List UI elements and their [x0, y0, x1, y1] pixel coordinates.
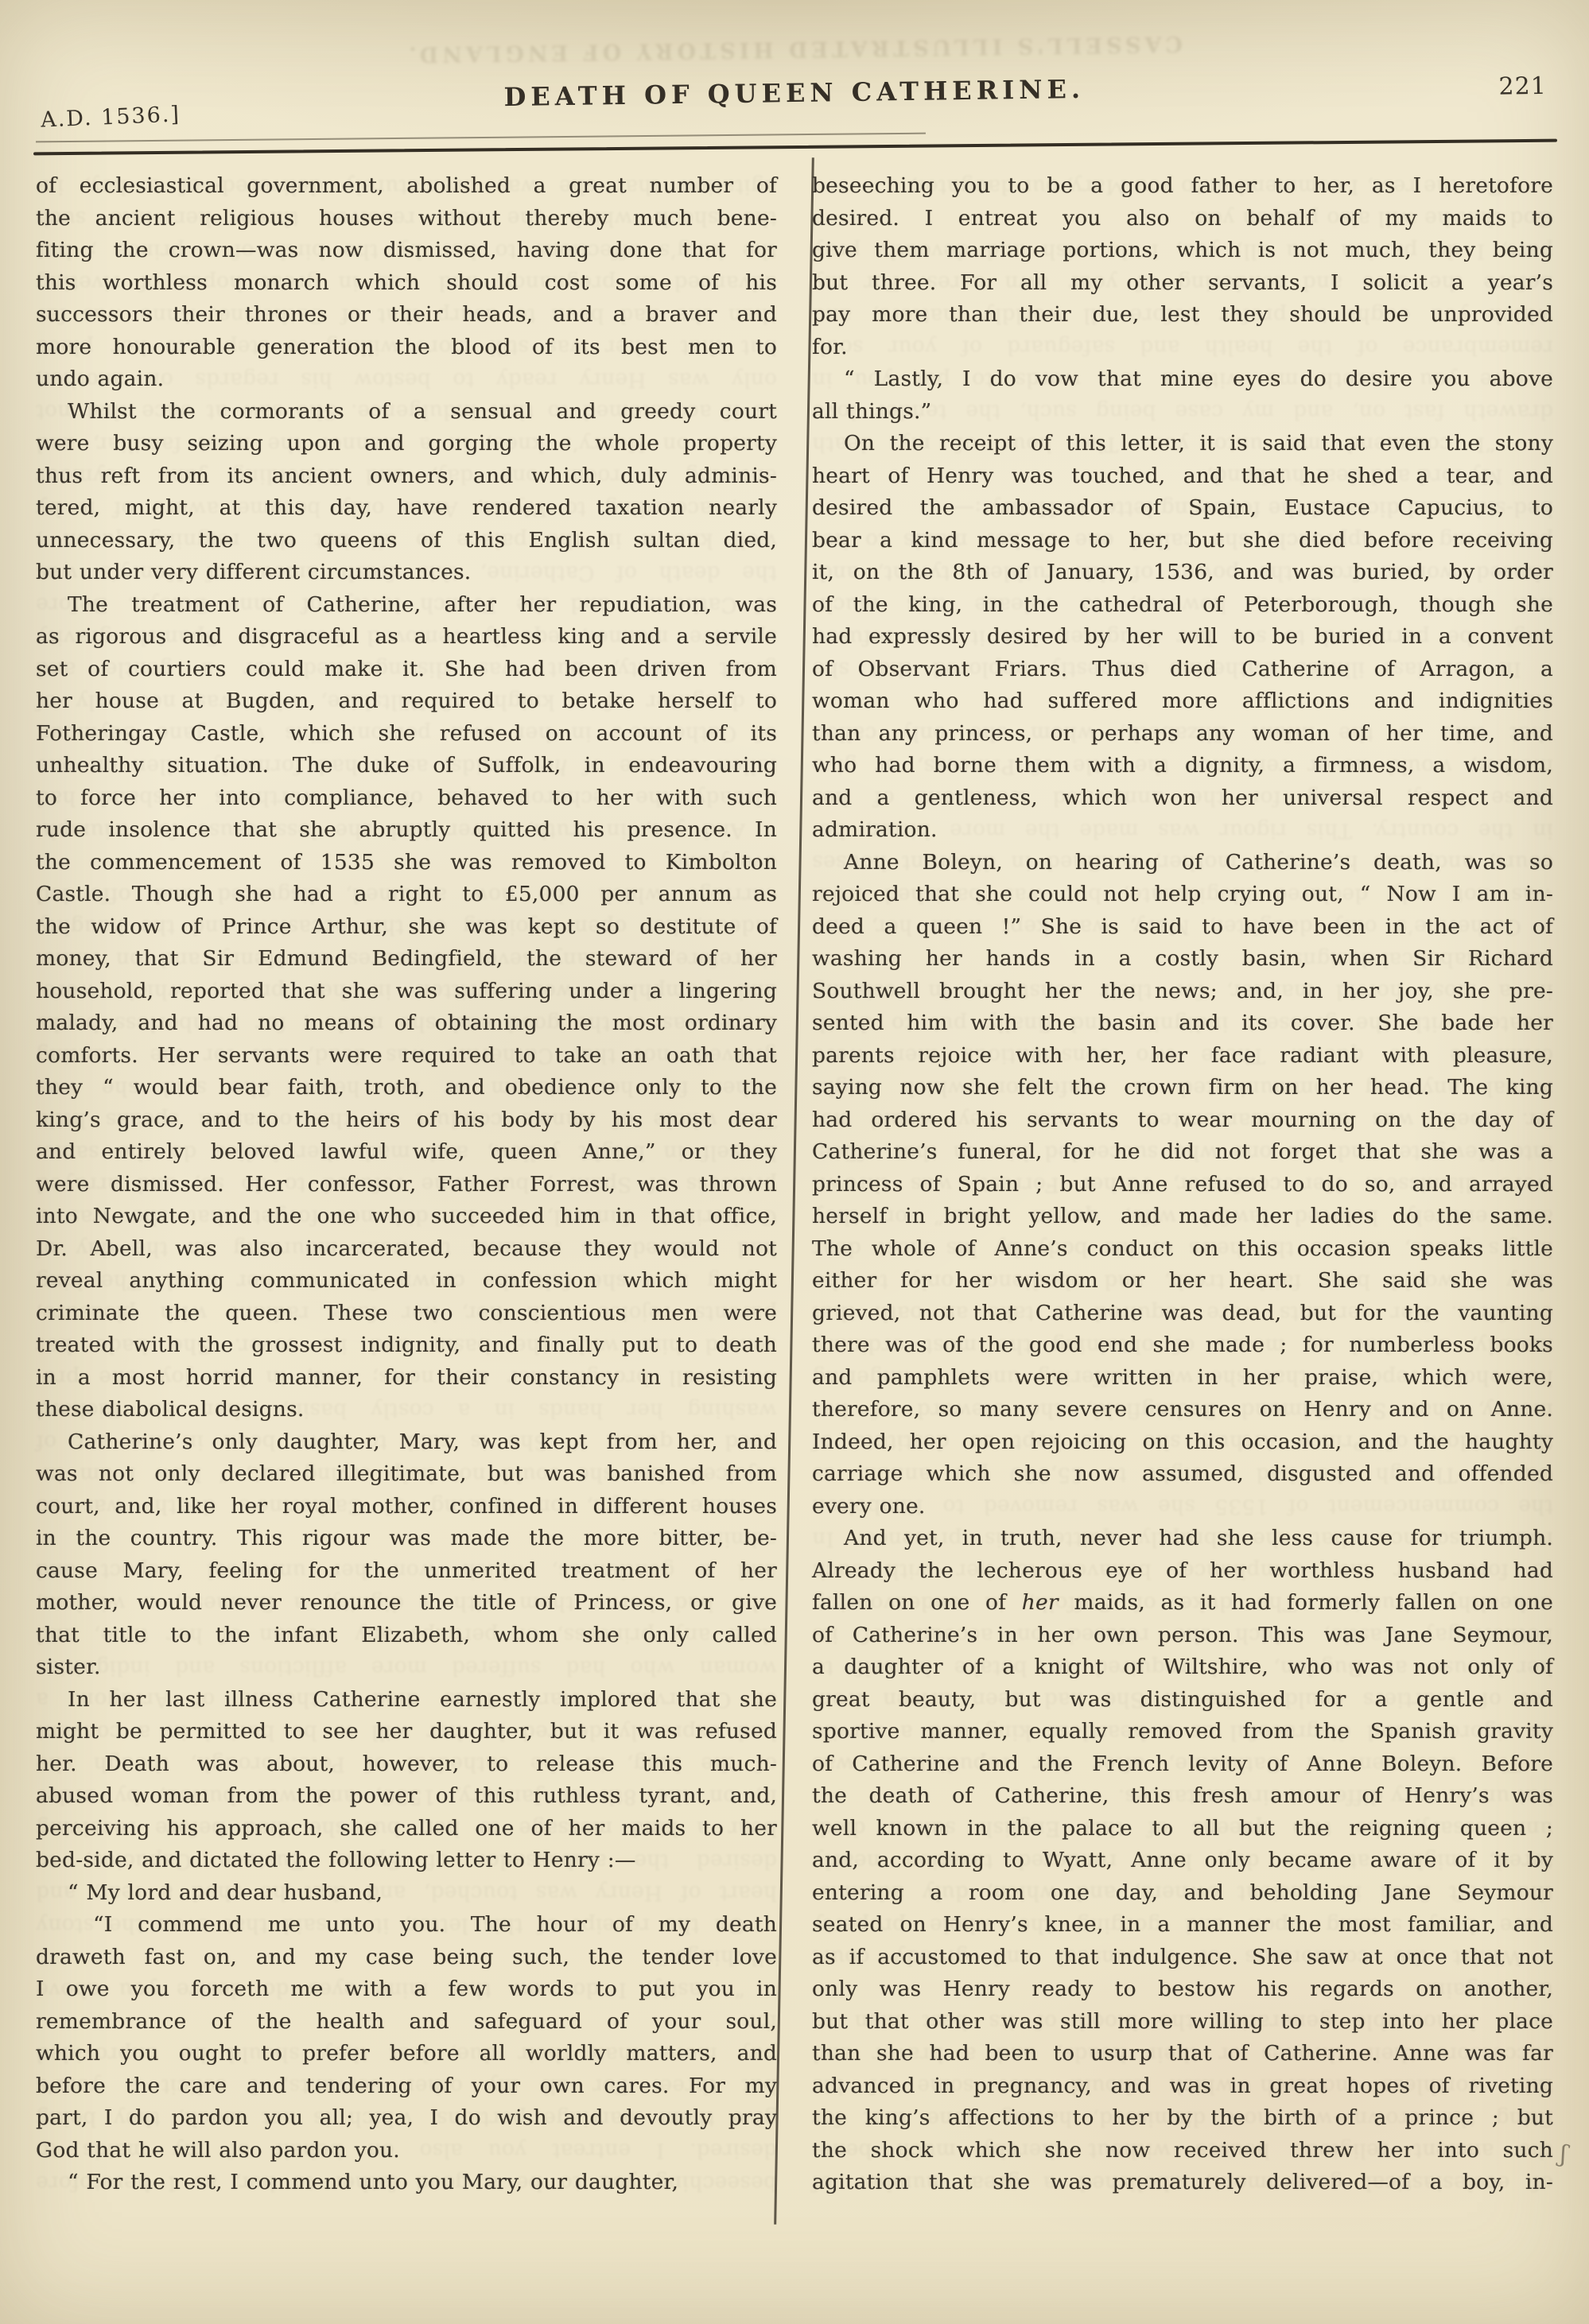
- text-line: might be permitted to see her daughter, …: [36, 1716, 777, 1748]
- column-right: of ecclesiastical government, abolished …: [812, 170, 1553, 2199]
- text-line: desired. I entreat you also on behalf of…: [812, 203, 1553, 235]
- text-line: heart of Henry was touched, and that he …: [812, 460, 1553, 493]
- text-line: Fotheringay Castle, which she refused on…: [36, 718, 777, 751]
- text-line: money, that Sir Edmund Bedingfield, the …: [36, 943, 777, 976]
- text-line: for.: [812, 332, 1553, 364]
- text-line: “ For the rest, I commend unto you Mary,…: [36, 2167, 777, 2199]
- paragraph: The treatment of Catherine, after her re…: [36, 589, 777, 1426]
- text-line: sportive manner, equally removed from th…: [812, 1716, 1553, 1748]
- paragraph: On the receipt of this letter, it is sai…: [812, 428, 1553, 847]
- text-line: before the care and tendering of your ow…: [36, 2070, 777, 2103]
- text-line: all things.”: [812, 396, 1553, 429]
- text-line: The whole of Anne’s conduct on this occa…: [812, 1233, 1553, 1266]
- text-line: there was of the good end she made ; for…: [812, 1329, 1553, 1362]
- text-line: abused woman from the power of this ruth…: [36, 1780, 777, 1813]
- text-line: saying now she felt the crown firm on he…: [812, 1072, 1553, 1104]
- text-line: bear a kind message to her, but she died…: [812, 525, 1553, 557]
- text-line: every one.: [812, 1491, 1553, 1523]
- page-number: 221: [1498, 72, 1547, 101]
- text-line: this worthless monarch which should cost…: [36, 267, 777, 300]
- book-page-scan: CASSELL'S ILLUSTRATED HISTORY OF ENGLAND…: [0, 0, 1589, 2324]
- text-line: of Catherine and the French levity of An…: [812, 1748, 1553, 1781]
- ink-mark: ʃ: [1557, 2140, 1569, 2169]
- text-line: rejoiced that she could not help crying …: [812, 879, 1553, 911]
- text-line: And yet, in truth, never had she less ca…: [812, 1523, 1553, 1555]
- text-line: grieved, not that Catherine was dead, bu…: [812, 1298, 1553, 1330]
- paragraph: Whilst the cormorants of a sensual and g…: [36, 396, 777, 589]
- text-line: but that other was still more willing to…: [812, 2006, 1553, 2039]
- text-line: seated on Henry’s knee, in a manner the …: [812, 1909, 1553, 1942]
- paragraph: In her last illness Catherine earnestly …: [36, 1684, 777, 1877]
- text-line: who had borne them with a dignity, a fir…: [812, 750, 1553, 782]
- text-line: The treatment of Catherine, after her re…: [36, 589, 777, 622]
- text-line: household, reported that she was sufferi…: [36, 976, 777, 1008]
- text-line: advanced in pregnancy, and was in great …: [812, 2070, 1553, 2103]
- text-line: entering a room one day, and beholding J…: [812, 1877, 1553, 1910]
- paragraph: Catherine’s only daughter, Mary, was kep…: [36, 1426, 777, 1684]
- text-line: deed a queen !” She is said to have been…: [812, 911, 1553, 944]
- text-line: as if accustomed to that indulgence. She…: [812, 1942, 1553, 1974]
- text-line: that title to the infant Elizabeth, whom…: [36, 1620, 777, 1652]
- text-line: bed-side, and dictated the following let…: [36, 1845, 777, 1877]
- text-line: Dr. Abell, was also incarcerated, becaus…: [36, 1233, 777, 1266]
- text-line: unnecessary, the two queens of this Engl…: [36, 525, 777, 557]
- text-line: the death of Catherine, this fresh amour…: [812, 1780, 1553, 1813]
- text-line: tered, might, at this day, have rendered…: [36, 492, 777, 525]
- text-line: than she had been to usurp that of Cathe…: [812, 2038, 1553, 2070]
- paragraph: “ Lastly, I do vow that mine eyes do des…: [812, 363, 1553, 428]
- text-line: therefore, so many severe censures on He…: [812, 1394, 1553, 1426]
- text-line: princess of Spain ; but Anne refused to …: [812, 1169, 1553, 1201]
- text-line: her house at Bugden, and required to bet…: [36, 685, 777, 718]
- text-line: unhealthy situation. The duke of Suffolk…: [36, 750, 777, 782]
- text-line: the ancient religious houses without the…: [36, 203, 777, 235]
- text-line: pay more than their due, lest they shoul…: [812, 299, 1553, 332]
- text-line: of Catherine’s in her own person. This w…: [812, 1620, 1553, 1652]
- text-line: cause Mary, feeling for the unmerited tr…: [36, 1555, 777, 1588]
- text-line: it, on the 8th of January, 1536, and was…: [812, 557, 1553, 589]
- text-line: were dismissed. Her confessor, Father Fo…: [36, 1169, 777, 1201]
- text-line: sister.: [36, 1651, 777, 1684]
- text-line: In her last illness Catherine earnestly …: [36, 1684, 777, 1717]
- text-line: perceiving his approach, she called one …: [36, 1813, 777, 1845]
- text-line: criminate the queen. These two conscient…: [36, 1298, 777, 1330]
- text-line: and a gentleness, which won her universa…: [812, 782, 1553, 815]
- paragraph: of ecclesiastical government, abolished …: [36, 170, 777, 396]
- text-line: king’s grace, and to the heirs of his bo…: [36, 1104, 777, 1137]
- text-columns: beseeching you to be a good father to he…: [36, 170, 1553, 2199]
- text-line: On the receipt of this letter, it is sai…: [812, 428, 1553, 460]
- text-line: “I commend me unto you. The hour of my d…: [36, 1909, 777, 1942]
- paragraph: “I commend me unto you. The hour of my d…: [36, 1909, 777, 2167]
- text-line: reveal anything communicated in confessi…: [36, 1265, 777, 1298]
- text-line: part, I do pardon you all; yea, I do wis…: [36, 2102, 777, 2135]
- text-line: desired the ambassador of Spain, Eustace…: [812, 492, 1553, 525]
- text-line: “ Lastly, I do vow that mine eyes do des…: [812, 363, 1553, 396]
- text-line: I owe you forceth me with a few words to…: [36, 1973, 777, 2006]
- text-line: of ecclesiastical government, abolished …: [36, 170, 777, 203]
- text-line: draweth fast on, and my case being such,…: [36, 1942, 777, 1974]
- text-line: well known in the palace to all but the …: [812, 1813, 1553, 1845]
- page-title: DEATH OF QUEEN CATHERINE.: [36, 68, 1553, 119]
- column-left-text: of ecclesiastical government, abolished …: [36, 170, 777, 2199]
- show-through-text: CASSELL'S ILLUSTRATED HISTORY OF ENGLAND…: [35, 26, 1552, 72]
- paragraph: “ For the rest, I commend unto you Mary,…: [36, 2167, 777, 2199]
- text-line: which you ought to prefer before all wor…: [36, 2038, 777, 2070]
- text-line: and pamphlets were written in her praise…: [812, 1362, 1553, 1395]
- text-line: and, according to Wyatt, Anne only becam…: [812, 1845, 1553, 1877]
- text-line: comforts. Her servants were required to …: [36, 1040, 777, 1073]
- text-line: give them marriage portions, which is no…: [812, 235, 1553, 267]
- text-line: the commencement of 1535 she was removed…: [36, 847, 777, 879]
- text-line: malady, and had no means of obtaining th…: [36, 1007, 777, 1040]
- text-line: but three. For all my other servants, I …: [812, 267, 1553, 300]
- text-line: of the king, in the cathedral of Peterbo…: [812, 589, 1553, 622]
- text-line: to force her into compliance, behaved to…: [36, 782, 777, 815]
- text-line: Anne Boleyn, on hearing of Catherine’s d…: [812, 847, 1553, 879]
- text-line: herself in bright yellow, and made her l…: [812, 1201, 1553, 1233]
- text-line: Whilst the cormorants of a sensual and g…: [36, 396, 777, 429]
- text-line: more honourable generation the blood of …: [36, 332, 777, 364]
- text-line: Catherine’s funeral, for he did not forg…: [812, 1136, 1553, 1169]
- text-line: set of courtiers could make it. She had …: [36, 654, 777, 686]
- text-line: admiration.: [812, 814, 1553, 847]
- text-line: had expressly desired by her will to be …: [812, 621, 1553, 654]
- text-line: fiting the crown—was now dismissed, havi…: [36, 235, 777, 267]
- text-line: her. Death was about, however, to releas…: [36, 1748, 777, 1781]
- text-line: these diabolical designs.: [36, 1394, 777, 1426]
- paragraph: Anne Boleyn, on hearing of Catherine’s d…: [812, 847, 1553, 1523]
- column-left: beseeching you to be a good father to he…: [36, 170, 777, 2199]
- text-line: in the country. This rigour was made the…: [36, 1523, 777, 1555]
- text-line: rude insolence that she abruptly quitted…: [36, 814, 777, 847]
- text-line: than any princess, or perhaps any woman …: [812, 718, 1553, 751]
- text-line: carriage which she now assumed, disguste…: [812, 1458, 1553, 1491]
- text-line: of Observant Friars. Thus died Catherine…: [812, 654, 1553, 686]
- paragraph: And yet, in truth, never had she less ca…: [812, 1523, 1553, 2199]
- text-line: mother, would never renounce the title o…: [36, 1587, 777, 1620]
- text-line: only was Henry ready to bestow his regar…: [812, 1973, 1553, 2006]
- text-line: into Newgate, and the one who succeeded …: [36, 1201, 777, 1233]
- text-line: in a most horrid manner, for their const…: [36, 1362, 777, 1395]
- text-line: Catherine’s only daughter, Mary, was kep…: [36, 1426, 777, 1459]
- paragraph: beseeching you to be a good father to he…: [812, 170, 1553, 363]
- paragraph: “ My lord and dear husband,: [36, 1877, 777, 1910]
- text-line: a daughter of a knight of Wiltshire, who…: [812, 1651, 1553, 1684]
- text-line: washing her hands in a costly basin, whe…: [812, 943, 1553, 976]
- text-line: Indeed, her open rejoicing on this occas…: [812, 1426, 1553, 1459]
- text-line: thus reft from its ancient owners, and w…: [36, 460, 777, 493]
- text-line: either for her wisdom or her heart. She …: [812, 1265, 1553, 1298]
- text-line: they “ would bear faith, troth, and obed…: [36, 1072, 777, 1104]
- text-line: undo again.: [36, 363, 777, 396]
- text-line: great beauty, but was distinguished for …: [812, 1684, 1553, 1717]
- text-line: the king’s affections to her by the birt…: [812, 2102, 1553, 2135]
- text-line: sented him with the basin and its cover.…: [812, 1007, 1553, 1040]
- text-line: were busy seizing upon and gorging the w…: [36, 428, 777, 460]
- text-line: woman who had suffered more afflictions …: [812, 685, 1553, 718]
- text-line: court, and, like her royal mother, confi…: [36, 1491, 777, 1523]
- text-line: treated with the grossest indignity, and…: [36, 1329, 777, 1362]
- text-line: Already the lecherous eye of her worthle…: [812, 1555, 1553, 1588]
- text-line: successors their thrones or their heads,…: [36, 299, 777, 332]
- text-line: but under very different circumstances.: [36, 557, 777, 589]
- text-line: as rigorous and disgraceful as a heartle…: [36, 621, 777, 654]
- text-line: beseeching you to be a good father to he…: [812, 170, 1553, 203]
- text-line: had ordered his servants to wear mournin…: [812, 1104, 1553, 1137]
- text-line: Castle. Though she had a right to £5,000…: [36, 879, 777, 911]
- text-line: Southwell brought her the news; and, in …: [812, 976, 1553, 1008]
- text-line: parents rejoice with her, her face radia…: [812, 1040, 1553, 1073]
- text-line: God that he will also pardon you.: [36, 2135, 777, 2167]
- text-line: the widow of Prince Arthur, she was kept…: [36, 911, 777, 944]
- text-line: the shock which she now received threw h…: [812, 2135, 1553, 2167]
- text-line: agitation that she was prematurely deliv…: [812, 2167, 1553, 2199]
- text-line: and entirely beloved lawful wife, queen …: [36, 1136, 777, 1169]
- text-line: was not only declared illegitimate, but …: [36, 1458, 777, 1491]
- text-line: “ My lord and dear husband,: [36, 1877, 777, 1910]
- column-right-text: beseeching you to be a good father to he…: [812, 170, 1553, 2199]
- text-line: fallen on one of her maids, as it had fo…: [812, 1587, 1553, 1620]
- text-line: remembrance of the health and safeguard …: [36, 2006, 777, 2039]
